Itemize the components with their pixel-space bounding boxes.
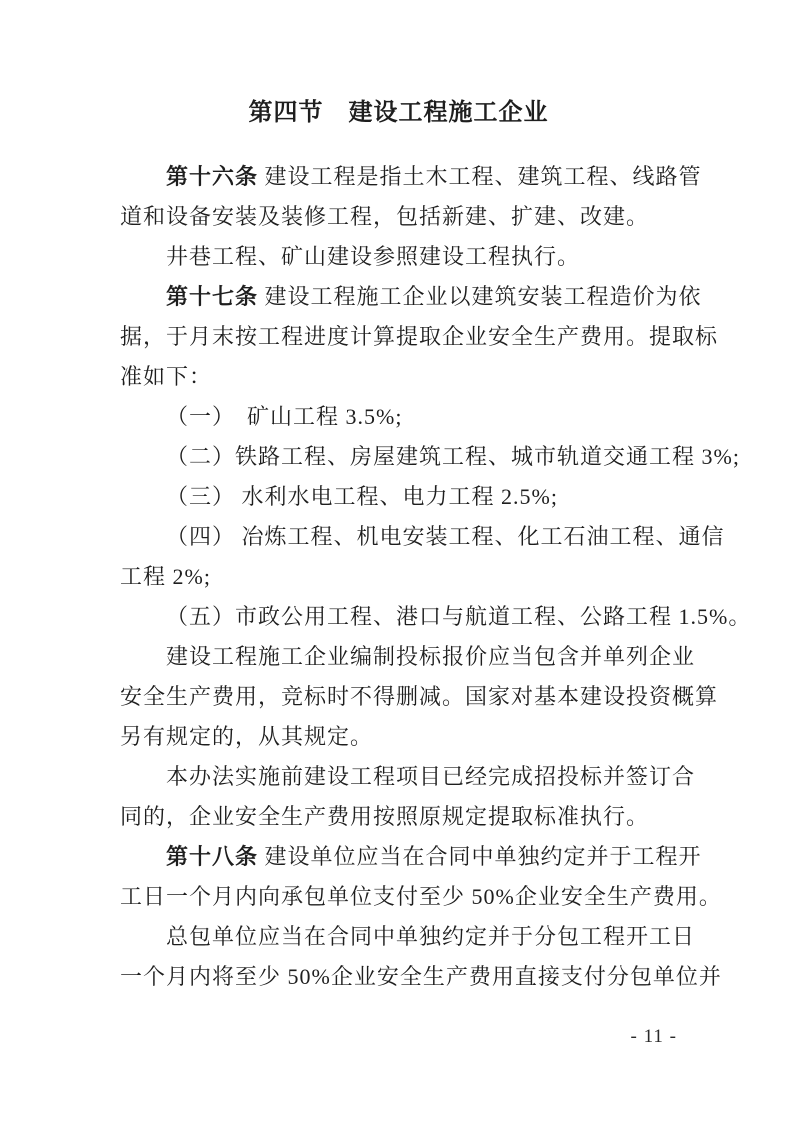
text-line: 道和设备安装及装修工程，包括新建、扩建、改建。 (120, 197, 677, 237)
text-line: 同的，企业安全生产费用按照原规定提取标准执行。 (120, 797, 677, 837)
text-line: （三） 水利水电工程、电力工程 2.5%; (120, 477, 677, 517)
text-line: 第十七条 建设工程施工企业以建筑安装工程造价为依 (120, 277, 677, 317)
text-line: （二）铁路工程、房屋建筑工程、城市轨道交通工程 3%; (120, 437, 677, 477)
document-page: 第四节 建设工程施工企业 第十六条 建设工程是指土木工程、建筑工程、线路管道和设… (0, 0, 793, 1122)
text-line: 一个月内将至少 50%企业安全生产费用直接支付分包单位并 (120, 957, 677, 997)
article-number: 第十八条 (166, 844, 258, 869)
text-line: 工日一个月内向承包单位支付至少 50%企业安全生产费用。 (120, 877, 677, 917)
text-line: 工程 2%; (120, 557, 677, 597)
text-line: （四） 冶炼工程、机电安装工程、化工石油工程、通信 (120, 517, 677, 557)
page-number: - 11 - (120, 1024, 681, 1050)
section-title: 第四节 建设工程施工企业 (120, 98, 677, 128)
article-number: 第十七条 (166, 284, 258, 309)
text-line: 第十六条 建设工程是指土木工程、建筑工程、线路管 (120, 157, 677, 197)
text-line: 总包单位应当在合同中单独约定并于分包工程开工日 (120, 917, 677, 957)
article-number: 第十六条 (166, 164, 258, 189)
text-line: 建设工程施工企业编制投标报价应当包含并单列企业 (120, 637, 677, 677)
text-line: 安全生产费用，竞标时不得删减。国家对基本建设投资概算 (120, 677, 677, 717)
text-line: 另有规定的，从其规定。 (120, 717, 677, 757)
text-line: （一） 矿山工程 3.5%; (120, 397, 677, 437)
text-line: 本办法实施前建设工程项目已经完成招投标并签订合 (120, 757, 677, 797)
text-line: 第十八条 建设单位应当在合同中单独约定并于工程开 (120, 837, 677, 877)
text-line: 据，于月末按工程进度计算提取企业安全生产费用。提取标 (120, 317, 677, 357)
text-line: （五）市政公用工程、港口与航道工程、公路工程 1.5%。 (120, 597, 677, 637)
text-line: 井巷工程、矿山建设参照建设工程执行。 (120, 237, 677, 277)
document-lines: 第十六条 建设工程是指土木工程、建筑工程、线路管道和设备安装及装修工程，包括新建… (120, 157, 677, 997)
text-line: 准如下： (120, 357, 677, 397)
